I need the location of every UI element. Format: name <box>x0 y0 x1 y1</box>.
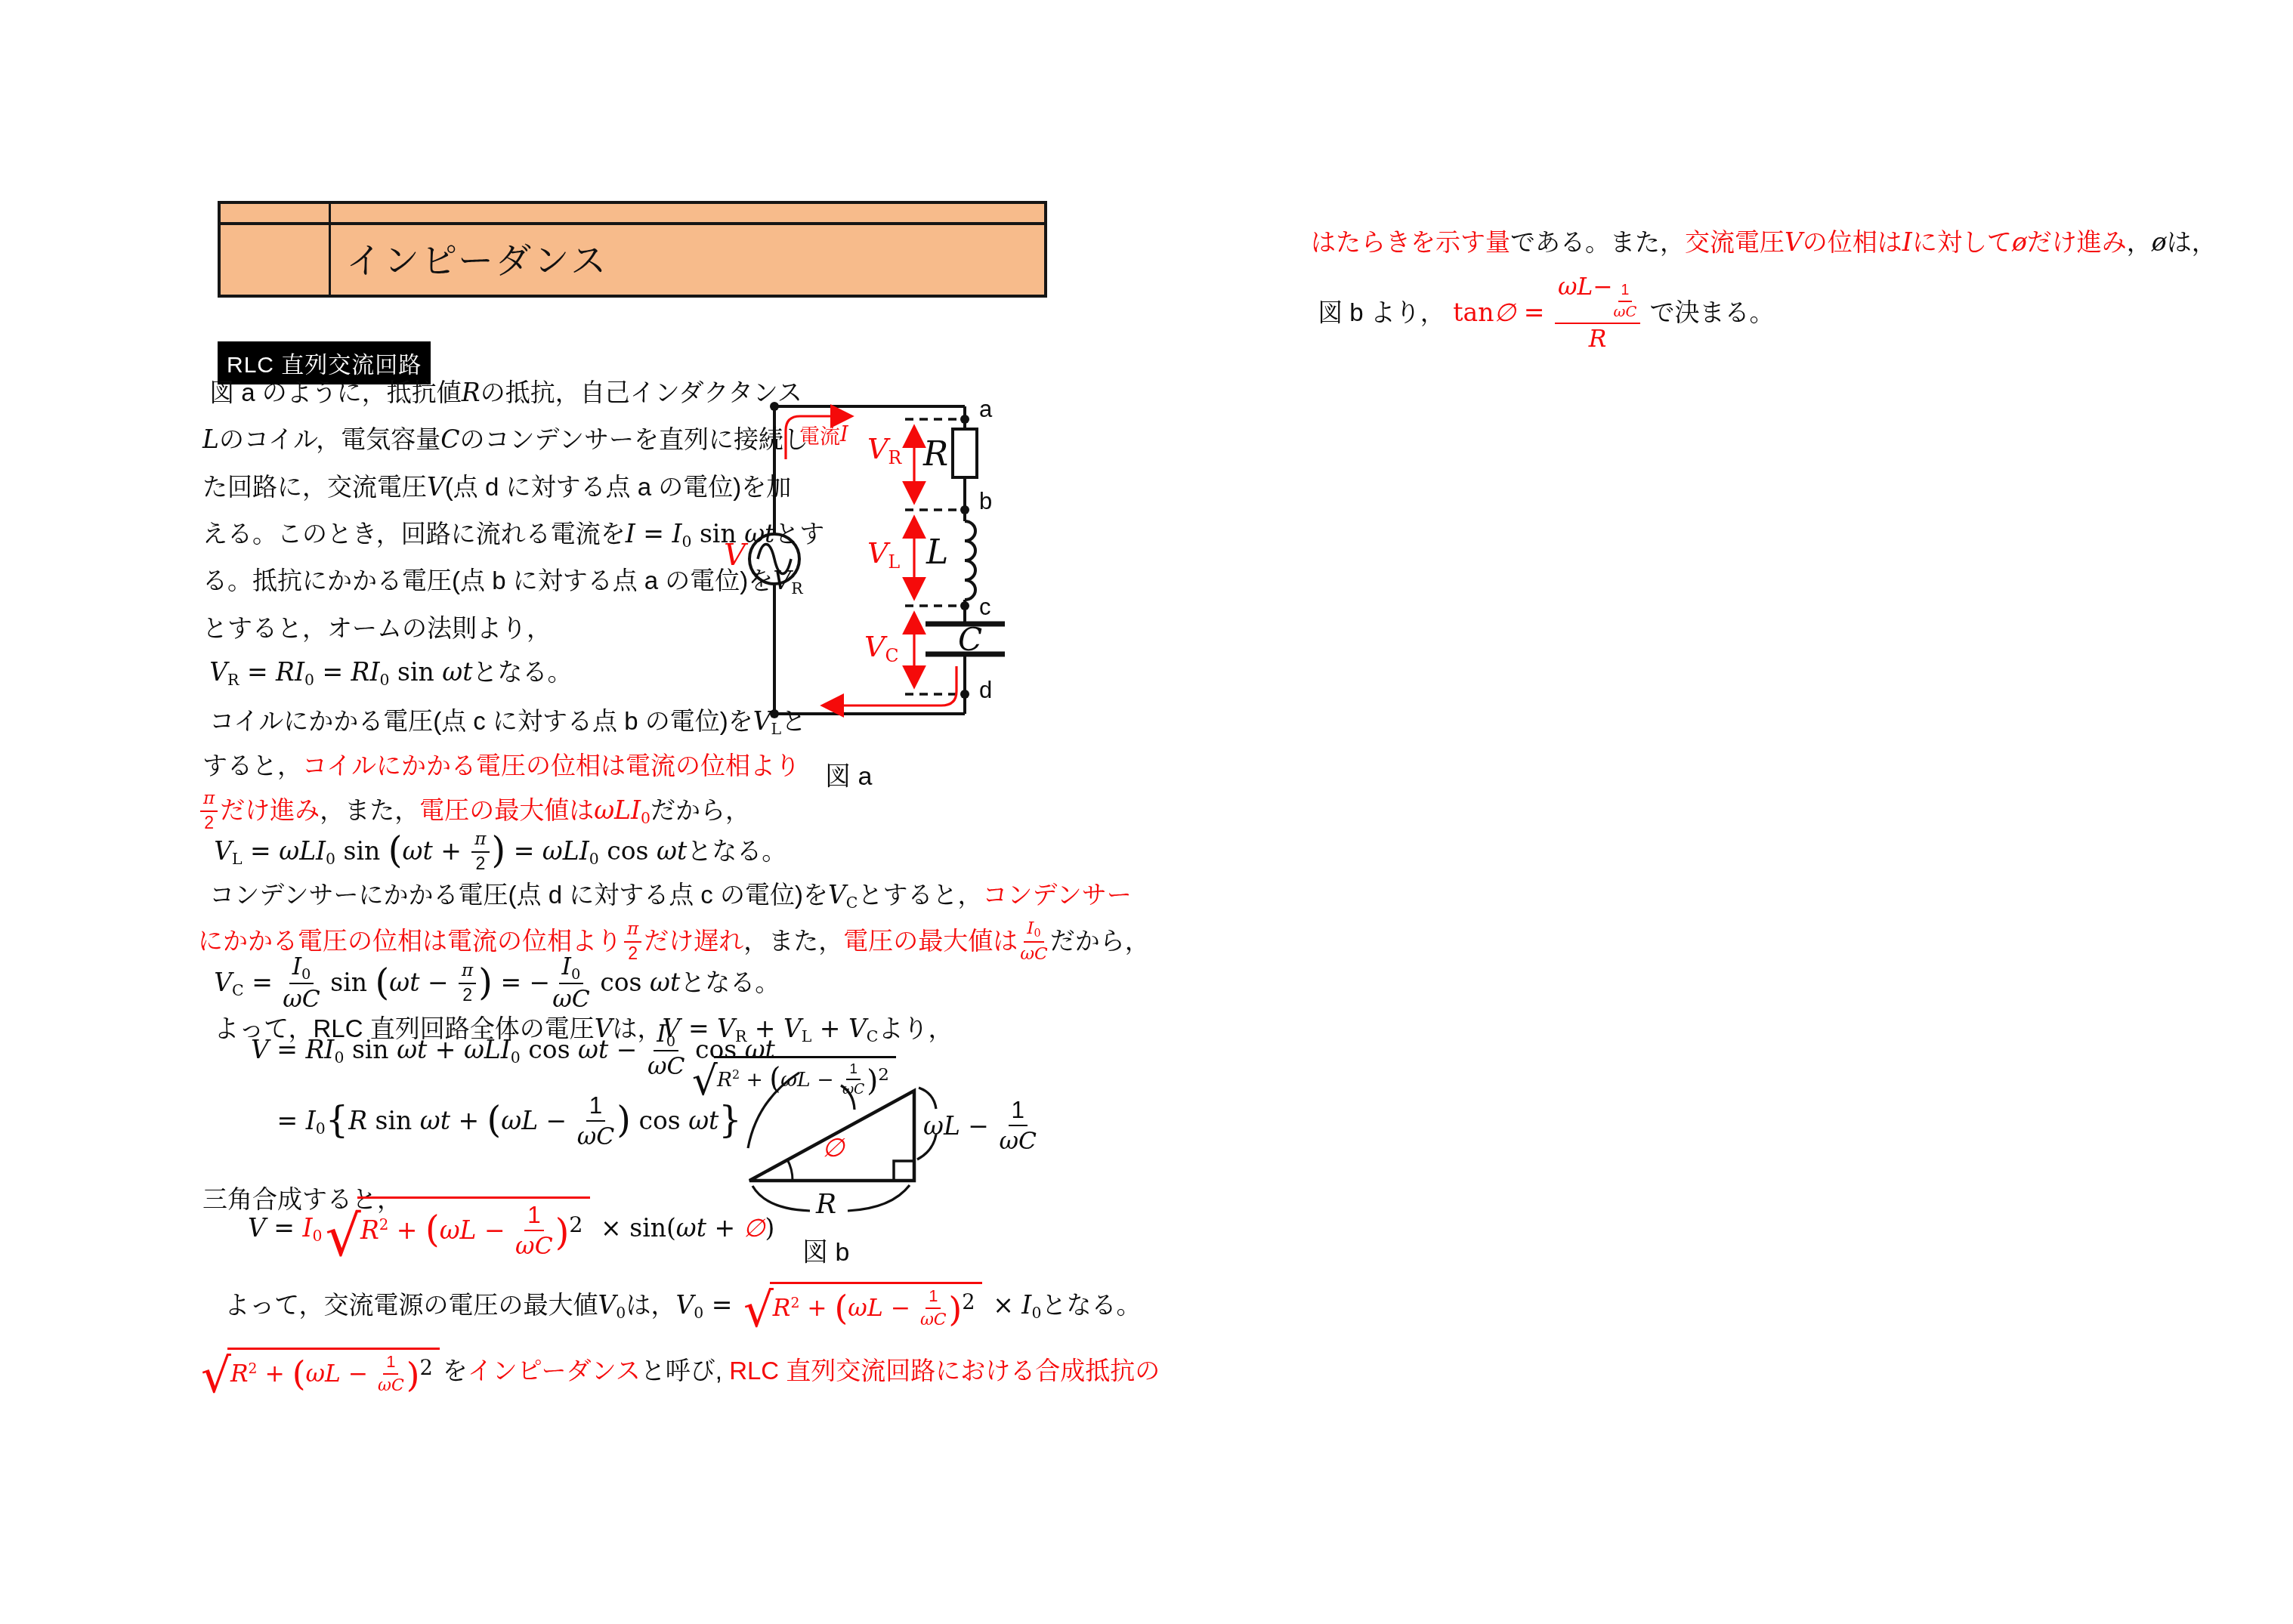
vertical-side-label: ωL − 1ωC <box>923 1097 1039 1155</box>
angle-arc-icon <box>787 1159 793 1181</box>
main-line-17: = I0{R sin ωt + (ωL − 1ωC) cos ωt} <box>269 1092 742 1150</box>
inductor-label: L <box>926 533 948 572</box>
resistor-icon <box>953 429 977 477</box>
main-line-7: VR = RI0 = RI0 sin ωtとなる。 <box>202 656 572 689</box>
main-line-1: 図 a のように，抵抗値Rの抵抗，自己インダクタンス <box>202 377 802 409</box>
vr-label: VR <box>867 432 901 468</box>
figure-a-caption: 図 a <box>825 755 872 792</box>
base-side-label: R <box>816 1189 836 1220</box>
main-line-6: とすると，オームの法則より， <box>202 613 552 645</box>
main-line-3: た回路に，交流電圧V(点 d に対する点 a の電位)を加 <box>202 471 791 504</box>
right-angle-icon <box>894 1161 914 1181</box>
main-line-12: コンデンサーにかかる電圧(点 d に対する点 c の電位)をVCとすると，コンデ… <box>202 879 1132 912</box>
capacitor-label: C <box>958 621 982 658</box>
vc-label: VC <box>864 630 898 665</box>
document-page: インピーダンス RLC 直列交流回路 <box>0 0 2293 1624</box>
right-line-1: はたらきを示す量である。また，交流電圧Vの位相はIに対してøだけ進み，øは， <box>1311 227 2217 259</box>
main-line-8: コイルにかかる電圧(点 c に対する点 b の電位)をVLと <box>202 705 806 738</box>
phase-angle-label: ∅ <box>822 1133 845 1163</box>
source-voltage-label: V <box>724 538 746 573</box>
right-line-2: 図 b より， tan∅ = ωL−1ωCR で決まる。 <box>1311 273 1774 353</box>
main-line-19: V = I0√R2 + (ωL − 1ωC)2 × sin(ωt + ∅) <box>248 1196 774 1260</box>
main-line-14: VC = I0ωC sin (ωt − π2) = −I0ωC cos ωtとな… <box>207 953 780 1013</box>
node-a-label: a <box>979 396 992 423</box>
current-label: 電流I <box>799 420 848 449</box>
node-b-label: b <box>979 488 992 515</box>
vl-label: VL <box>867 536 900 572</box>
figure-b-caption: 図 b <box>802 1231 849 1268</box>
node-c-label: c <box>979 594 991 621</box>
node-d-label: d <box>979 677 992 704</box>
resistor-label: R <box>923 435 948 474</box>
return-arrow-icon <box>824 666 956 705</box>
main-line-21: √R2 + (ωL − 1ωC)2をインピーダンスと呼び, RLC 直列交流回路… <box>198 1348 1160 1395</box>
main-line-20: よって，交流電源の電圧の最大値V0は，V0 = √R2 + (ωL − 1ωC)… <box>218 1282 1141 1329</box>
main-line-11: VL = ωLI0 sin (ωt + π2) = ωLI0 cos ωtとなる… <box>207 829 786 874</box>
main-line-5: る。抵抗にかかる電圧(点 b に対する点 a の電位)をVR <box>202 565 803 597</box>
inductor-icon <box>965 521 975 600</box>
main-line-10: π2だけ進み，また，電圧の最大値はωLI0だから， <box>198 789 750 833</box>
main-line-9: すると，コイルにかかる電圧の位相は電流の位相より <box>202 750 800 783</box>
main-line-2: Lのコイル，電気容量Cのコンデンサーを直列に接続し <box>202 424 808 456</box>
hypotenuse-label: √R2 + (ωL − 1ωC)2 <box>689 1056 899 1098</box>
